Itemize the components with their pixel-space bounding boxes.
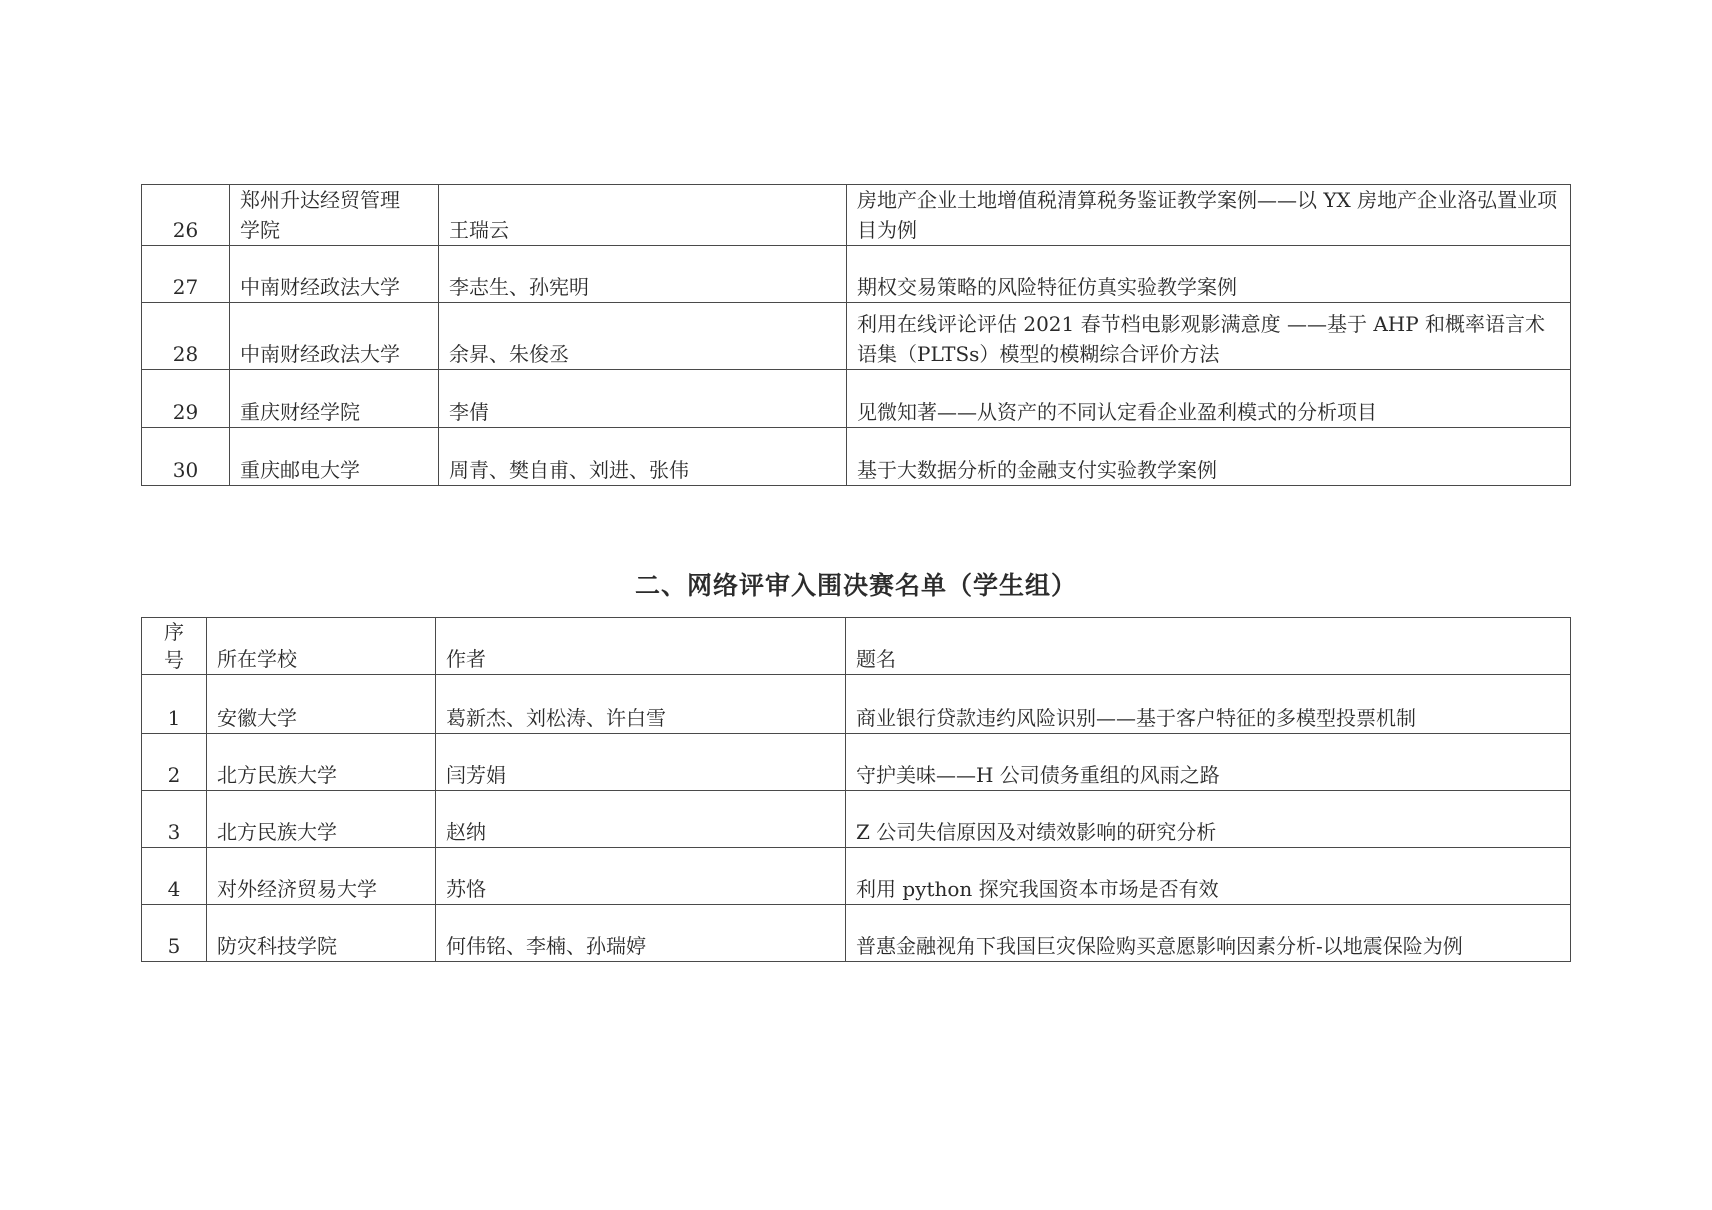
header-number: 序号 [142,618,207,675]
row-number: 26 [142,185,230,246]
authors-cell: 苏恪 [436,848,846,905]
authors-cell: 闫芳娟 [436,734,846,791]
authors-cell: 赵纳 [436,791,846,848]
row-number: 2 [142,734,207,791]
table-header-row: 序号 所在学校 作者 题名 [142,618,1571,675]
header-authors: 作者 [436,618,846,675]
row-number: 5 [142,905,207,962]
table-row: 26 郑州升达经贸管理学院 王瑞云 房地产企业土地增值税清算税务鉴证教学案例——… [142,185,1571,246]
authors-cell: 李志生、孙宪明 [439,246,847,303]
title-cell: 期权交易策略的风险特征仿真实验教学案例 [847,246,1571,303]
authors-cell: 何伟铭、李楠、孙瑞婷 [436,905,846,962]
header-number-line: 号 [142,646,206,674]
table-row: 4 对外经济贸易大学 苏恪 利用 python 探究我国资本市场是否有效 [142,848,1571,905]
school-cell: 对外经济贸易大学 [207,848,436,905]
finalist-table-continued: 26 郑州升达经贸管理学院 王瑞云 房地产企业土地增值税清算税务鉴证教学案例——… [141,184,1571,486]
table-row: 29 重庆财经学院 李倩 见微知著——从资产的不同认定看企业盈利模式的分析项目 [142,370,1571,428]
school-cell: 中南财经政法大学 [230,246,439,303]
title-cell: 利用在线评论评估 2021 春节档电影观影满意度 ——基于 AHP 和概率语言术… [847,303,1571,370]
row-number: 29 [142,370,230,428]
title-cell: 商业银行贷款违约风险识别——基于客户特征的多模型投票机制 [846,675,1571,734]
row-number: 3 [142,791,207,848]
row-number: 28 [142,303,230,370]
title-cell: 基于大数据分析的金融支付实验教学案例 [847,428,1571,486]
title-cell: 普惠金融视角下我国巨灾保险购买意愿影响因素分析-以地震保险为例 [846,905,1571,962]
title-cell: Z 公司失信原因及对绩效影响的研究分析 [846,791,1571,848]
table-row: 3 北方民族大学 赵纳 Z 公司失信原因及对绩效影响的研究分析 [142,791,1571,848]
school-cell: 北方民族大学 [207,791,436,848]
header-school: 所在学校 [207,618,436,675]
school-line: 郑州升达经贸管理 [240,185,428,215]
student-finalist-table: 序号 所在学校 作者 题名 1 安徽大学 葛新杰、刘松涛、许白雪 商业银行贷款违… [141,617,1571,962]
title-cell: 房地产企业土地增值税清算税务鉴证教学案例——以 YX 房地产企业洛弘置业项目为例 [847,185,1571,246]
school-cell: 中南财经政法大学 [230,303,439,370]
table-row: 27 中南财经政法大学 李志生、孙宪明 期权交易策略的风险特征仿真实验教学案例 [142,246,1571,303]
table-row: 30 重庆邮电大学 周青、樊自甫、刘进、张伟 基于大数据分析的金融支付实验教学案… [142,428,1571,486]
table-row: 28 中南财经政法大学 余昇、朱俊丞 利用在线评论评估 2021 春节档电影观影… [142,303,1571,370]
table-row: 5 防灾科技学院 何伟铭、李楠、孙瑞婷 普惠金融视角下我国巨灾保险购买意愿影响因… [142,905,1571,962]
table-row: 2 北方民族大学 闫芳娟 守护美味——H 公司债务重组的风雨之路 [142,734,1571,791]
section-title: 二、网络评审入围决赛名单（学生组） [0,566,1712,602]
table-row: 1 安徽大学 葛新杰、刘松涛、许白雪 商业银行贷款违约风险识别——基于客户特征的… [142,675,1571,734]
school-cell: 防灾科技学院 [207,905,436,962]
authors-cell: 周青、樊自甫、刘进、张伟 [439,428,847,486]
row-number: 27 [142,246,230,303]
school-cell: 重庆邮电大学 [230,428,439,486]
authors-cell: 余昇、朱俊丞 [439,303,847,370]
authors-cell: 葛新杰、刘松涛、许白雪 [436,675,846,734]
row-number: 30 [142,428,230,486]
school-cell: 郑州升达经贸管理学院 [230,185,439,246]
school-cell: 重庆财经学院 [230,370,439,428]
school-line: 学院 [240,215,428,245]
header-number-line: 序 [142,618,206,646]
row-number: 4 [142,848,207,905]
title-cell: 见微知著——从资产的不同认定看企业盈利模式的分析项目 [847,370,1571,428]
row-number: 1 [142,675,207,734]
school-cell: 北方民族大学 [207,734,436,791]
title-cell: 利用 python 探究我国资本市场是否有效 [846,848,1571,905]
authors-cell: 王瑞云 [439,185,847,246]
authors-cell: 李倩 [439,370,847,428]
title-cell: 守护美味——H 公司债务重组的风雨之路 [846,734,1571,791]
header-title: 题名 [846,618,1571,675]
school-cell: 安徽大学 [207,675,436,734]
